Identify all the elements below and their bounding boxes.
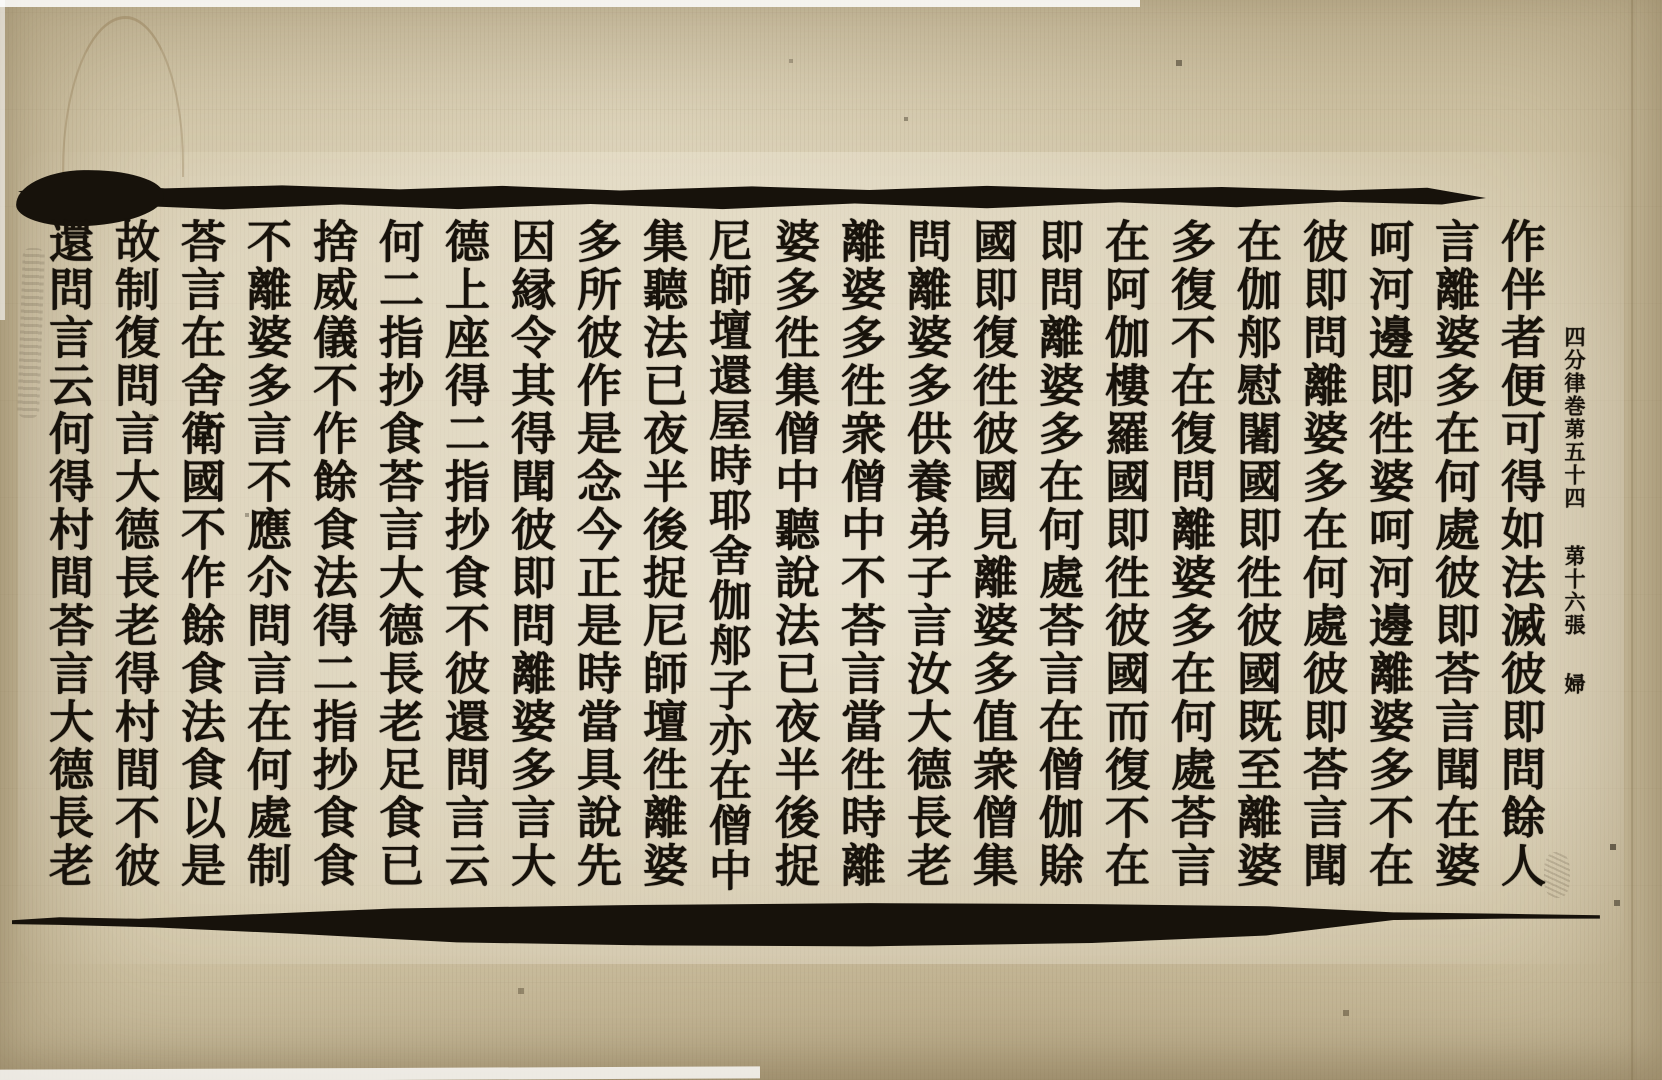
text-column: 彼即問離婆多在何處彼即荅言聞 [1288, 218, 1354, 918]
paper-crease [1631, 0, 1633, 1080]
text-column: 還問言云何得村間荅言大德長老 [34, 218, 100, 918]
scan-edge-bottom [0, 1066, 760, 1080]
text-column: 國即復徃彼國見離婆多值衆僧集 [958, 218, 1024, 918]
text-column: 捨威儀不作餘食法得二指抄食食 [298, 218, 364, 918]
collation-mark: 婦 [1562, 673, 1587, 696]
text-column: 多復不在復問離婆多在何處荅言 [1156, 218, 1222, 918]
title-column: 四分律巻苐五十四 苐十六張 婦 [1552, 218, 1596, 918]
volume-label: 四分律巻苐五十四 [1562, 326, 1587, 510]
manuscript-page: 四分律巻苐五十四 苐十六張 婦 作伴者便可得如法滅彼即問餘人言離婆多在何處彼即荅… [0, 0, 1662, 1080]
text-column: 德上座得二指抄食不彼還問言云 [430, 218, 496, 918]
sheet-number-label: 苐十六張 [1562, 545, 1587, 637]
text-column: 在阿伽樓羅國即徃彼國而復不在 [1090, 218, 1156, 918]
text-column: 何二指抄食荅言大德長老足食已 [364, 218, 430, 918]
text-column: 言離婆多在何處彼即荅言聞在婆 [1420, 218, 1486, 918]
text-column: 故制復問言大德長老得村間不彼 [100, 218, 166, 918]
text-column: 因縁令其得聞彼即問離婆多言大 [496, 218, 562, 918]
text-column: 在伽郍慰闍國即徃彼國既至離婆 [1222, 218, 1288, 918]
text-column: 婆多徃集僧中聽說法已夜半後捉 [760, 218, 826, 918]
text-column: 呵河邊即徃婆呵河邊離婆多不在 [1354, 218, 1420, 918]
text-column: 即問離婆多在何處荅言在僧伽賖 [1024, 218, 1090, 918]
text-column: 集聽法已夜半後捉尼師壇徃離婆 [628, 218, 694, 918]
text-column: 離婆多徃衆僧中不荅言當徃時離 [826, 218, 892, 918]
text-column: 多所彼作是念今正是時當具說先 [562, 218, 628, 918]
text-column: 尼師壇還屋時耶舍伽郍子亦在僧中 [694, 218, 760, 918]
text-column: 不離婆多言不應尒問言在何處制 [232, 218, 298, 918]
scan-edge-top [0, 0, 1140, 7]
text-column: 問離婆多供養弟子言汝大德長老 [892, 218, 958, 918]
text-block: 四分律巻苐五十四 苐十六張 婦 作伴者便可得如法滅彼即問餘人言離婆多在何處彼即荅… [34, 218, 1596, 918]
scan-edge-left [0, 0, 5, 320]
text-column: 荅言在舍衛國不作餘食法食以是 [166, 218, 232, 918]
text-column: 作伴者便可得如法滅彼即問餘人 [1486, 218, 1552, 918]
faint-ink-scribble [1544, 852, 1570, 898]
